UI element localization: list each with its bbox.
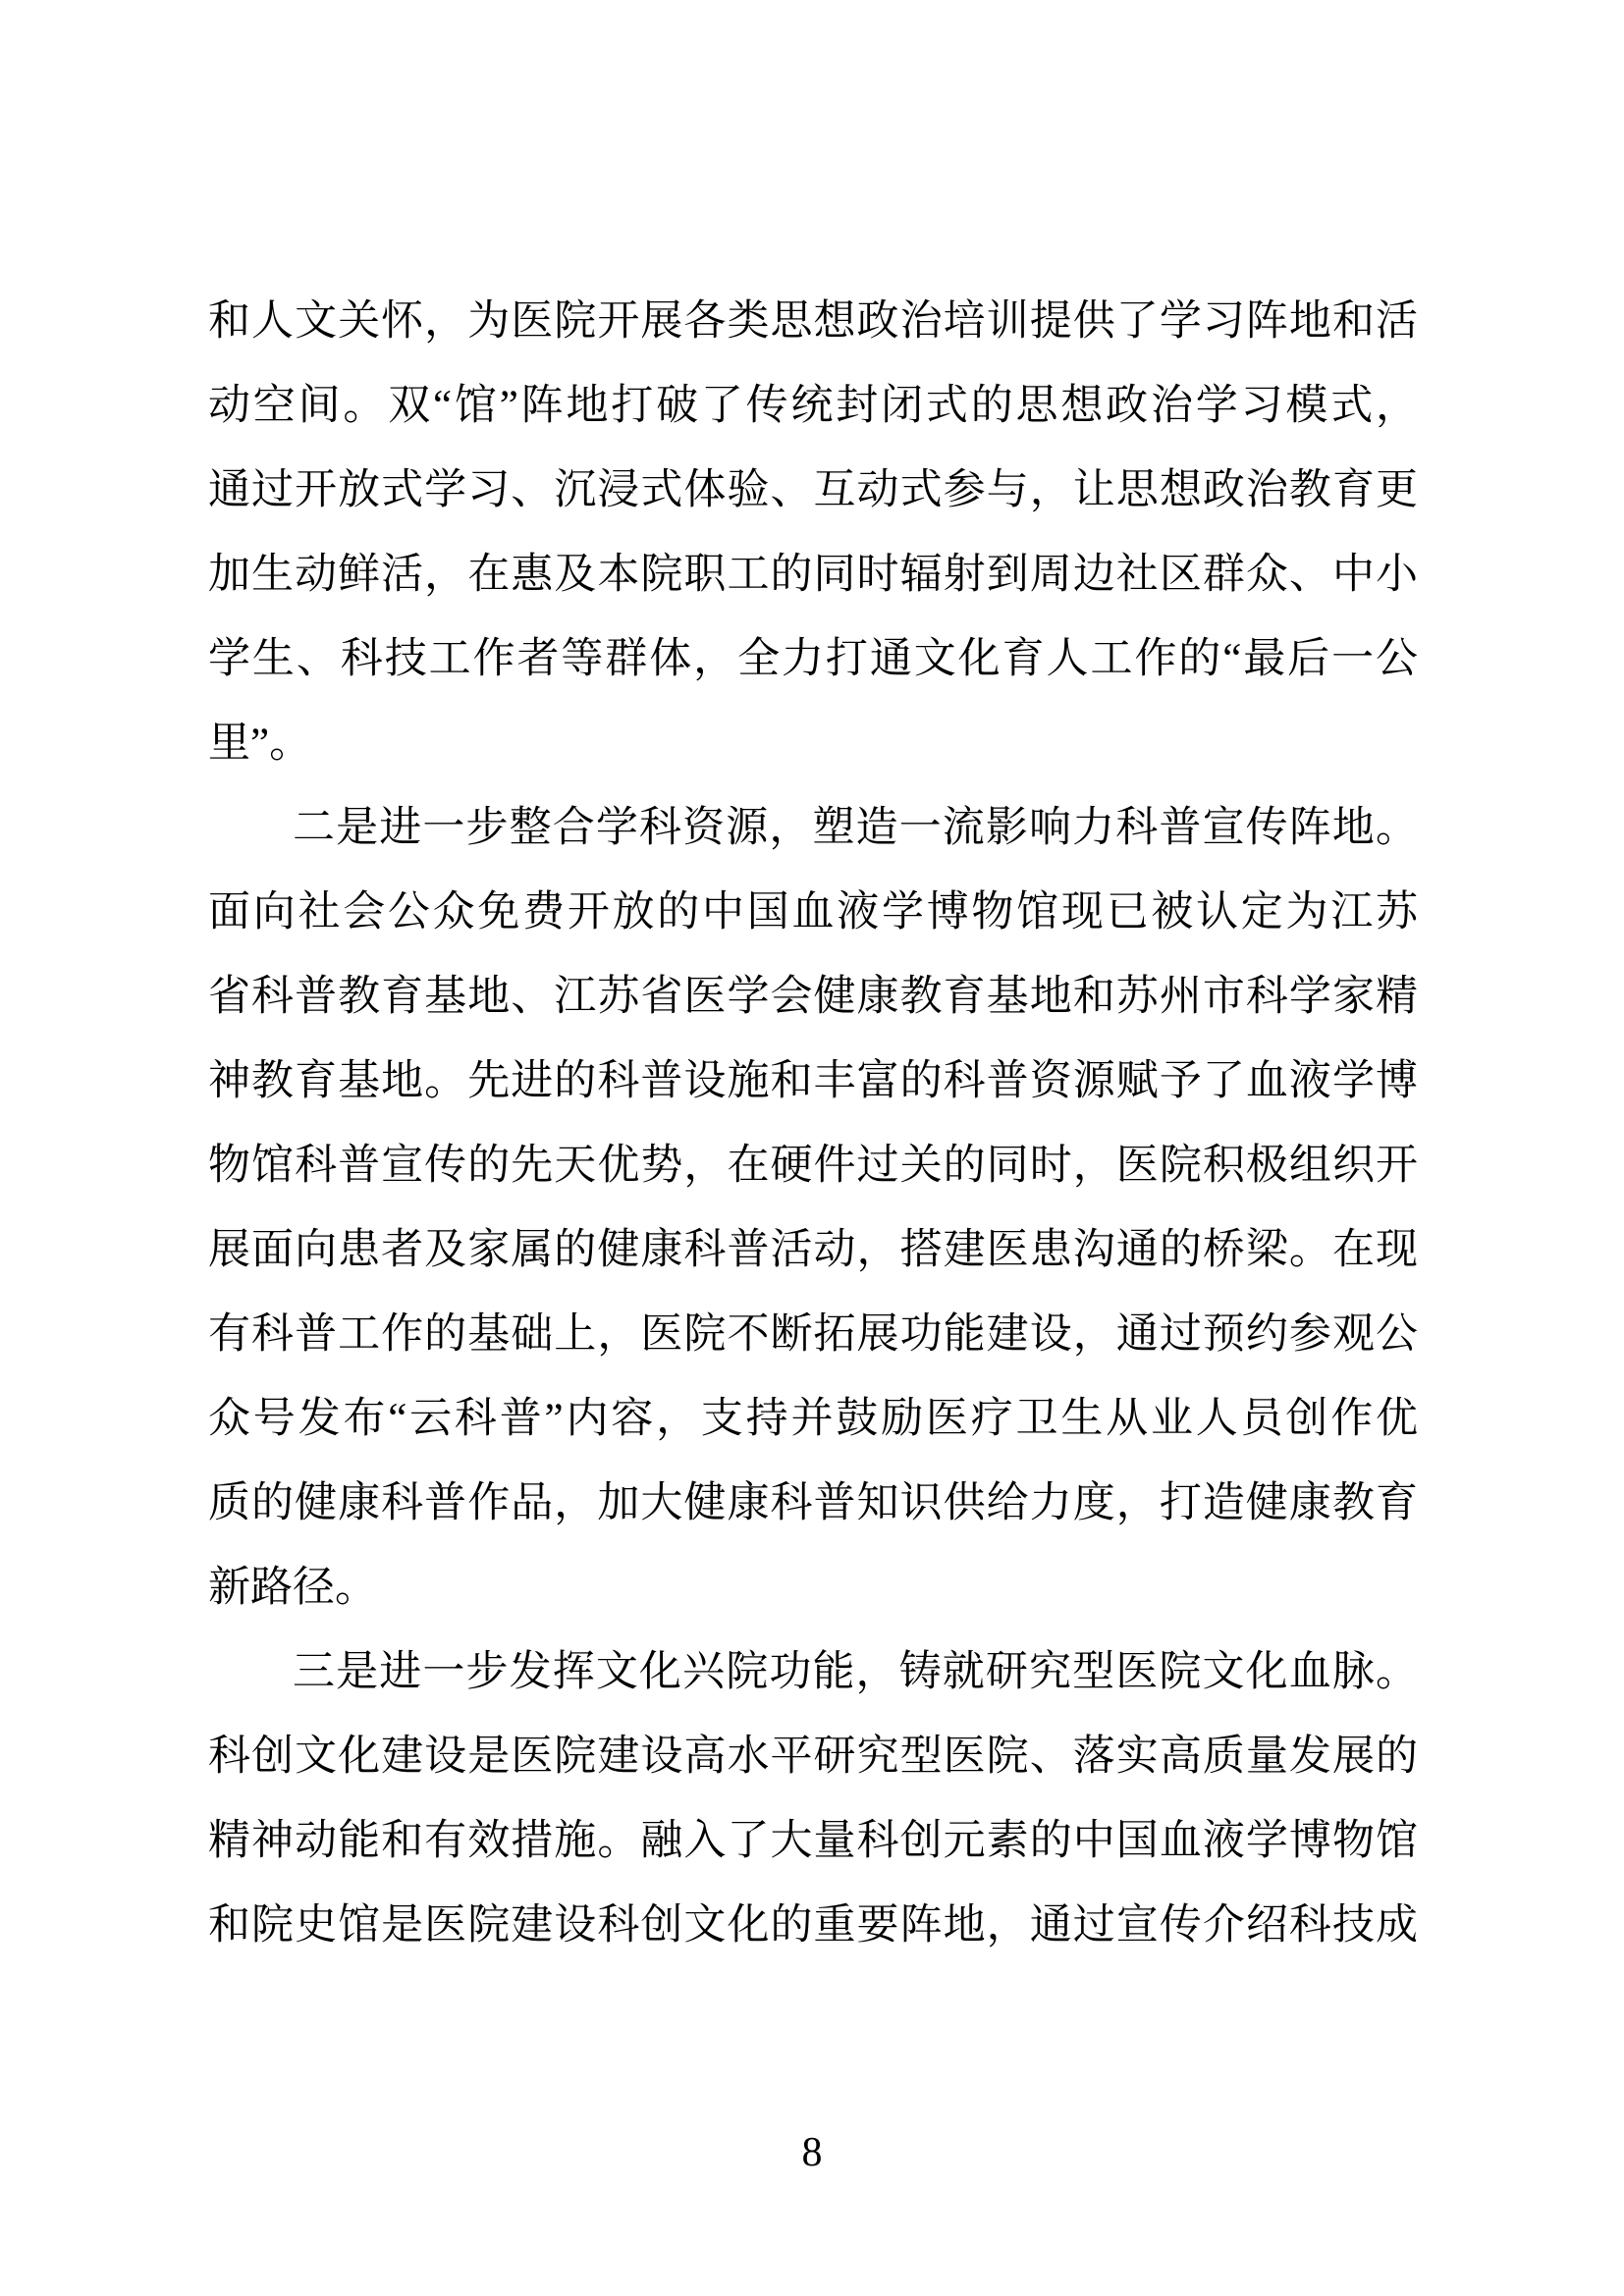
- text-line: 三是进一步发挥文化兴院功能，铸就研究型医院文化血脉。: [208, 1630, 1418, 1715]
- text-line: 动空间。双“馆”阵地打破了传统封闭式的思想政治学习模式，: [208, 364, 1418, 449]
- text-line: 二是进一步整合学科资源，塑造一流影响力科普宣传阵地。: [208, 786, 1418, 871]
- text-line: 有科普工作的基础上，医院不断拓展功能建设，通过预约参观公: [208, 1293, 1418, 1377]
- text-line: 科创文化建设是医院建设高水平研究型医院、落实高质量发展的: [208, 1715, 1418, 1799]
- text-line: 和人文关怀，为医院开展各类思想政治培训提供了学习阵地和活: [208, 280, 1418, 364]
- text-line: 学生、科技工作者等群体，全力打通文化育人工作的“最后一公: [208, 617, 1418, 702]
- text-line: 省科普教育基地、江苏省医学会健康教育基地和苏州市科学家精: [208, 955, 1418, 1040]
- text-line: 众号发布“云科普”内容，支持并鼓励医疗卫生从业人员创作优: [208, 1377, 1418, 1462]
- text-line: 和院史馆是医院建设科创文化的重要阵地，通过宣传介绍科技成: [208, 1884, 1418, 1968]
- text-line: 神教育基地。先进的科普设施和丰富的科普资源赋予了血液学博: [208, 1040, 1418, 1124]
- text-line: 通过开放式学习、沉浸式体验、互动式参与，让思想政治教育更: [208, 449, 1418, 533]
- text-line: 物馆科普宣传的先天优势，在硬件过关的同时，医院积极组织开: [208, 1124, 1418, 1208]
- text-line: 面向社会公众免费开放的中国血液学博物馆现已被认定为江苏: [208, 871, 1418, 955]
- document-page: 和人文关怀，为医院开展各类思想政治培训提供了学习阵地和活动空间。双“馆”阵地打破…: [0, 0, 1624, 2296]
- text-line: 里”。: [208, 702, 1418, 786]
- page-number: 8: [0, 2128, 1624, 2177]
- text-line: 加生动鲜活，在惠及本院职工的同时辐射到周边社区群众、中小: [208, 533, 1418, 617]
- text-line: 质的健康科普作品，加大健康科普知识供给力度，打造健康教育: [208, 1462, 1418, 1546]
- body-text: 和人文关怀，为医院开展各类思想政治培训提供了学习阵地和活动空间。双“馆”阵地打破…: [208, 280, 1418, 1968]
- text-line: 精神动能和有效措施。融入了大量科创元素的中国血液学博物馆: [208, 1799, 1418, 1884]
- text-line: 展面向患者及家属的健康科普活动，搭建医患沟通的桥梁。在现: [208, 1208, 1418, 1293]
- text-line: 新路径。: [208, 1546, 1418, 1630]
